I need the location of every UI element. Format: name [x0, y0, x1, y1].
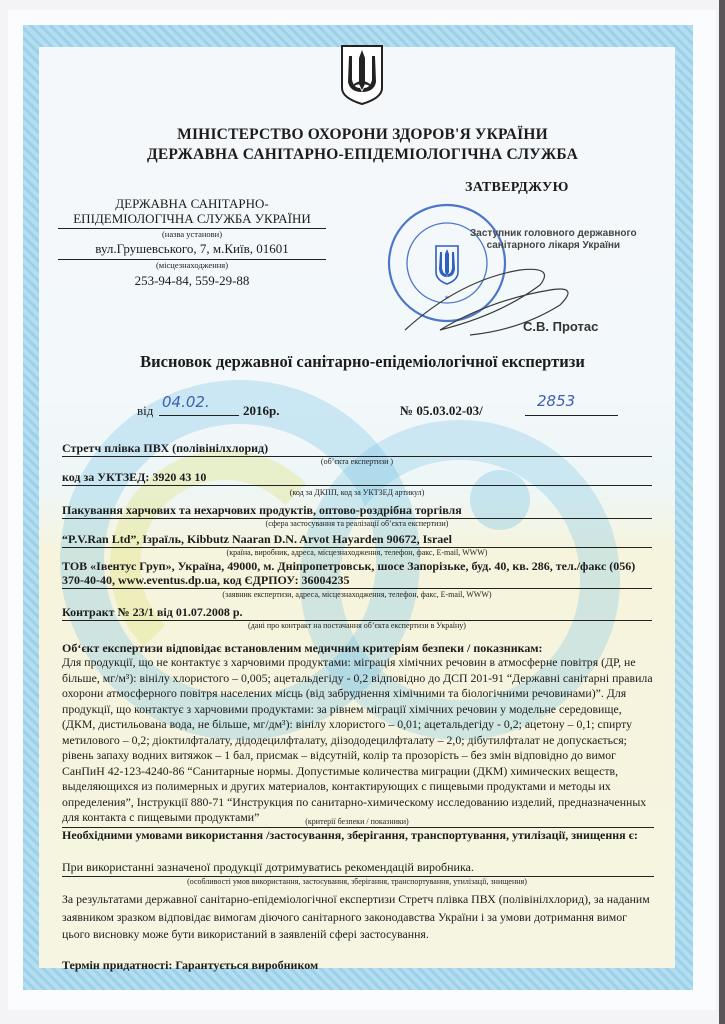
approval-label: ЗАТВЕРДЖУЮ [465, 180, 569, 196]
institution-name: ДЕРЖАВНА САНІТАРНО-ЕПІДЕМІОЛОГІЧНА СЛУЖБ… [58, 196, 326, 229]
field-applicant: ТОВ «Івентус Груп», Україна, 49000, м. Д… [62, 559, 652, 589]
number-handwritten: 2853 [537, 392, 575, 410]
field-code-caption: (код за ДКПП, код за УКТЗЕД артикул) [62, 488, 652, 497]
approver-role-line2: санітарного лікаря України [470, 240, 637, 252]
criteria-body: Для продукції, що не контактує з харчови… [62, 655, 654, 828]
approver-name: С.В. Протас [523, 319, 598, 334]
approver-role: Заступник головного державного санітарно… [470, 228, 637, 252]
number-prefix: № 05.03.02-03/ [400, 403, 483, 419]
conditions-body: При використанні зазначеної продукції до… [62, 860, 654, 877]
institution-phones: 253-94-84, 559-29-88 [58, 273, 326, 289]
date-prefix: від [137, 403, 153, 419]
conclusion-text: За результатами державної санітарно-епід… [62, 891, 654, 944]
date-handwritten: 04.02. [162, 393, 210, 411]
conditions-caption: (особливості умов використання, застосув… [62, 877, 652, 886]
shelf-life: Термін придатності: Гарантується виробни… [62, 958, 318, 973]
conditions-heading: Необхідними умовами використання /застос… [62, 828, 662, 843]
field-object-caption: (об’єкта експертизи ) [62, 457, 652, 466]
approver-role-line1: Заступник головного державного [470, 228, 637, 240]
field-contract-caption: (дані про контракт на постачання об’єкта… [62, 621, 652, 630]
document-title: Висновок державної санітарно-епідеміолог… [0, 352, 725, 372]
institution-name-caption: (назва установи) [58, 229, 326, 239]
field-code: код за УКТЗЕД: 3920 43 10 [62, 470, 652, 486]
field-manufacturer-caption: (країна, виробник, адреса, місцезнаходже… [62, 548, 652, 557]
field-applicant-caption: (заявник експертизи, адреса, місцезнаход… [62, 590, 652, 599]
field-scope-caption: (сфера застосування та реалізації об’єкт… [62, 519, 652, 528]
criteria-caption: (критерії безпеки / показники) [62, 817, 652, 826]
ministry-title: МІНІСТЕРСТВО ОХОРОНИ ЗДОРОВ'Я УКРАЇНИ [0, 126, 725, 144]
field-contract: Контракт № 23/1 від 01.07.2008 р. [62, 605, 652, 621]
service-title: ДЕРЖАВНА САНІТАРНО-ЕПІДЕМІОЛОГІЧНА СЛУЖБ… [0, 146, 725, 164]
criteria-heading: Об‘єкт експертизи відповідає встановлени… [62, 641, 662, 656]
field-scope: Пакування харчових та нехарчових продукт… [62, 503, 652, 519]
institution-address: вул.Грушевського, 7, м.Київ, 01601 [58, 241, 326, 260]
institution-address-caption: (місцезнаходження) [58, 260, 326, 270]
field-object: Стретч плівка ПВХ (полівінілхлорид) [62, 441, 652, 457]
field-manufacturer: “P.V.Ran Ltd”, Ізраїль, Kibbutz Naaran D… [62, 532, 652, 548]
tryzub-emblem-icon [340, 44, 384, 106]
date-year: 2016р. [243, 403, 279, 419]
